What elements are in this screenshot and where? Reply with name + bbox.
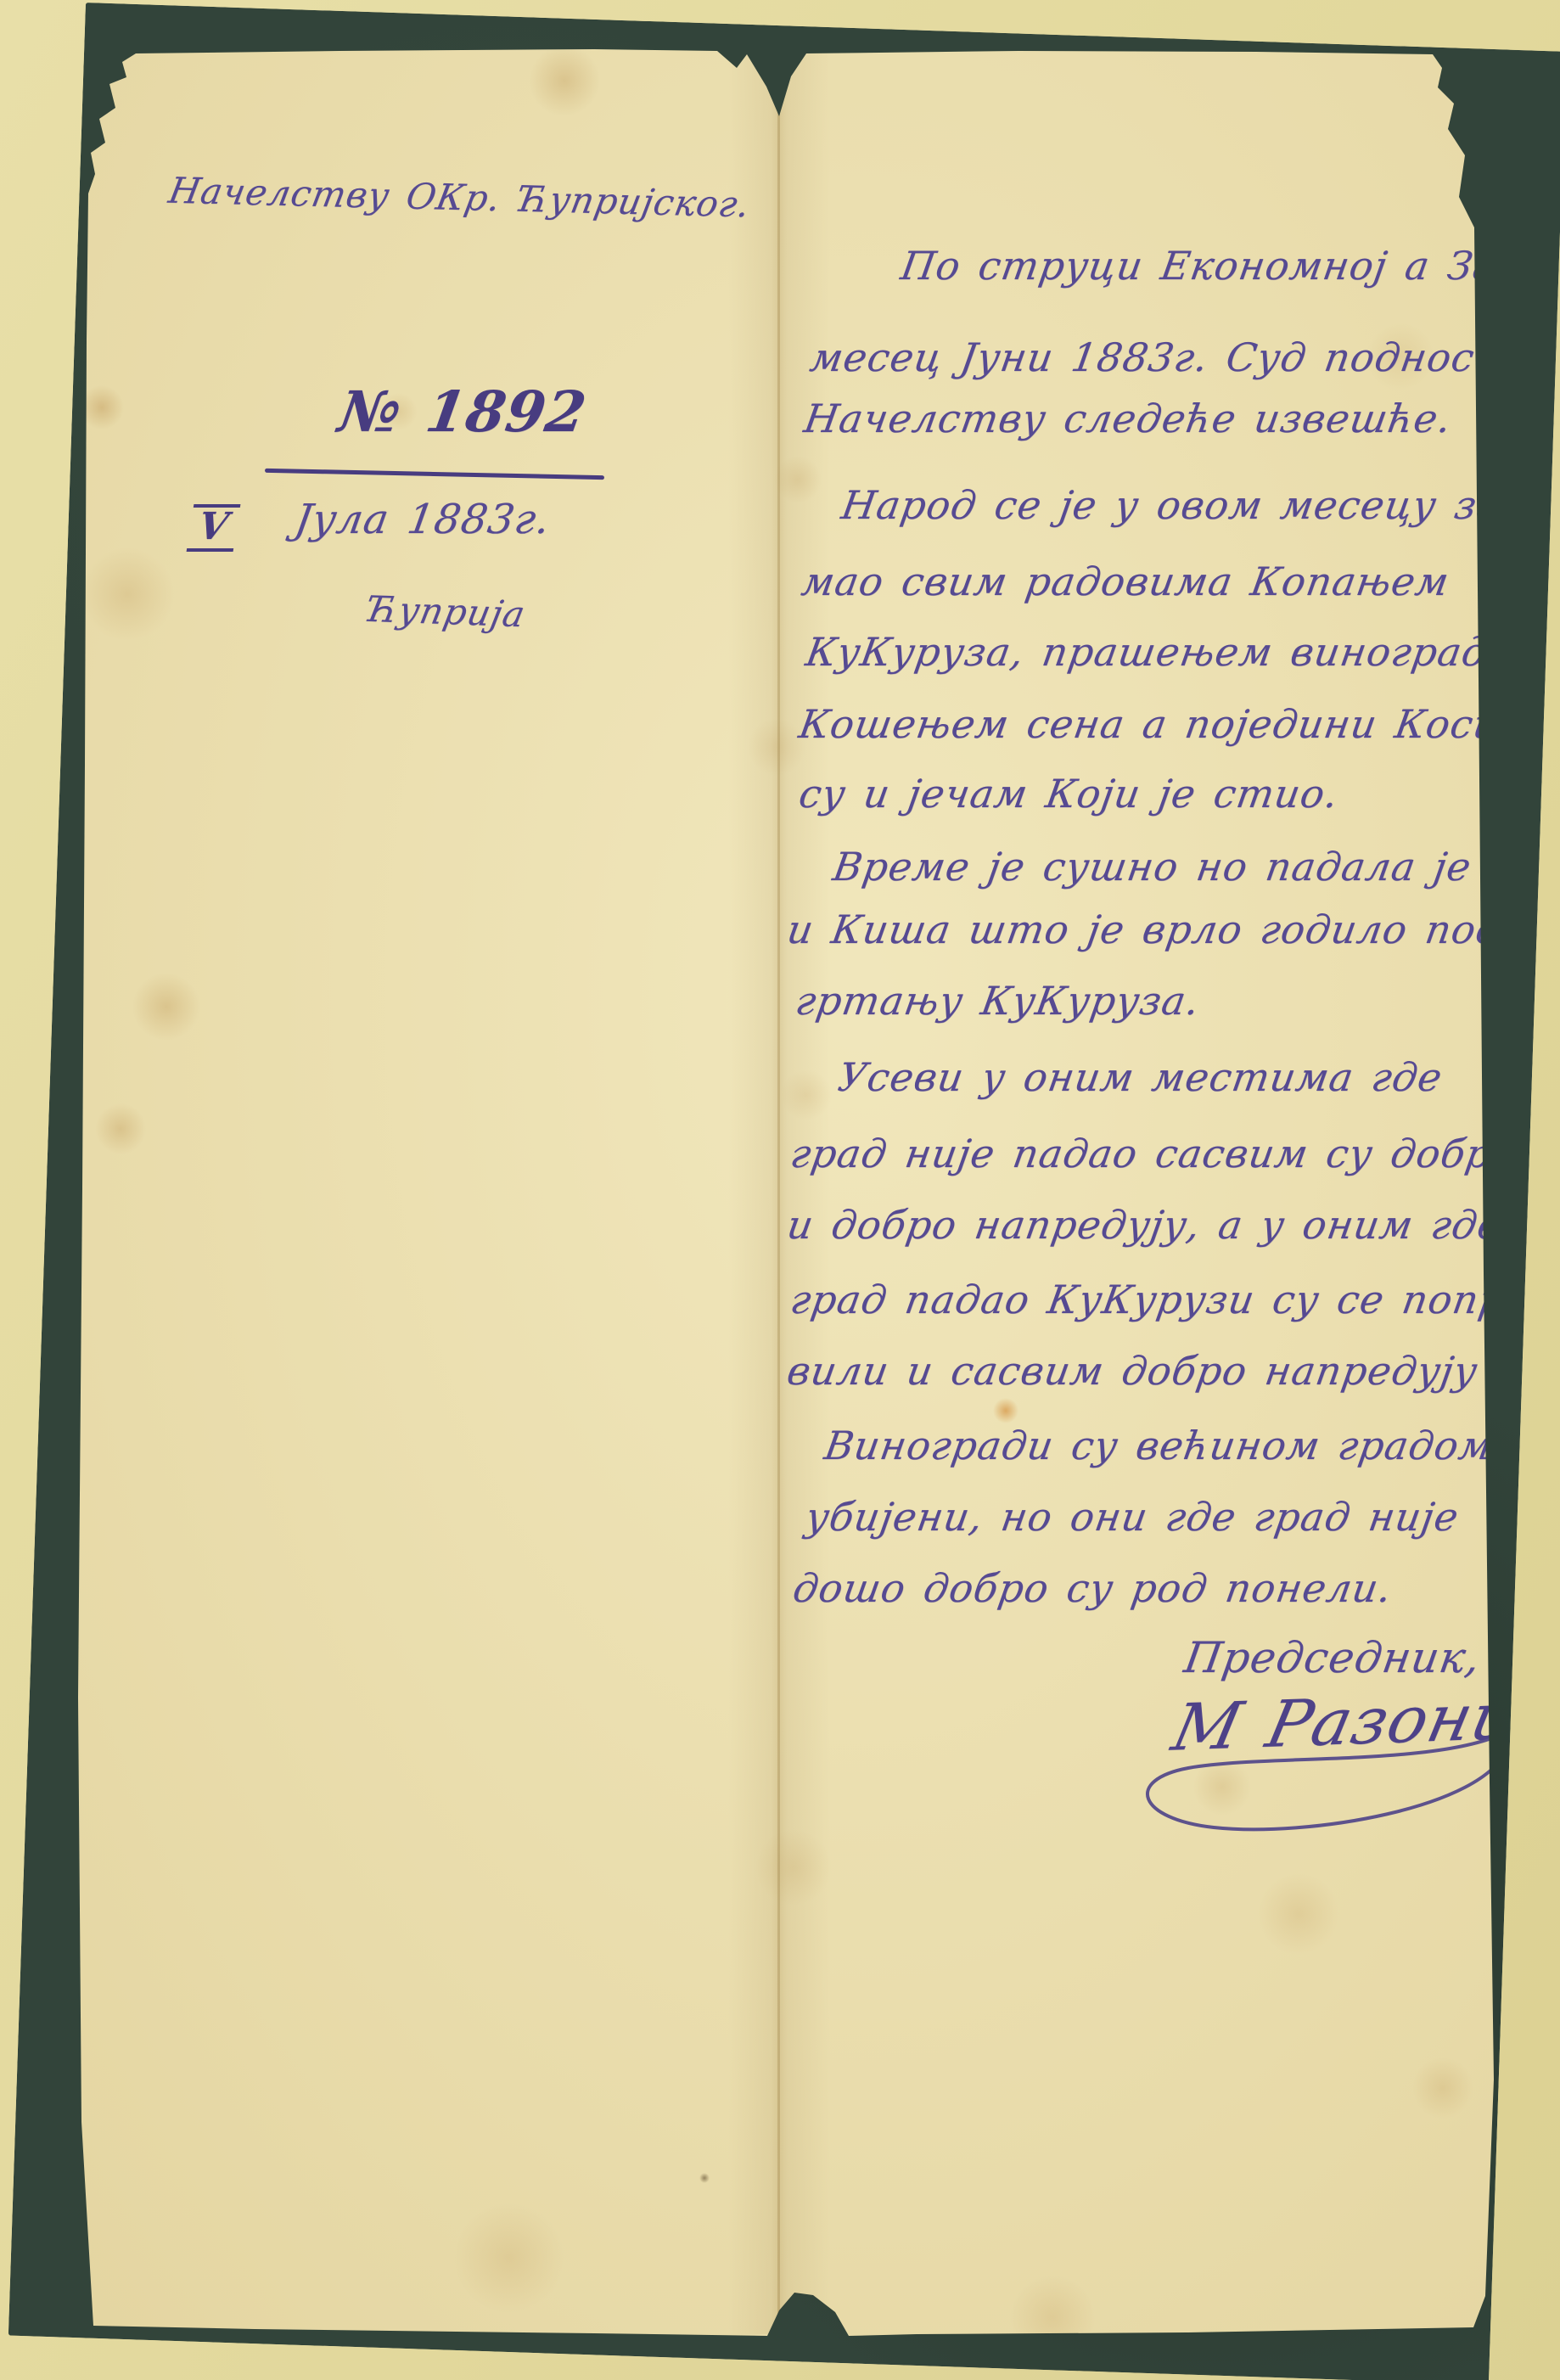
body-line: Усеви у оним местима где bbox=[835, 1058, 1445, 1097]
body-line: град није падао сасвим су добри bbox=[788, 1134, 1520, 1173]
body-line: су и јечам Који је стио. bbox=[796, 774, 1341, 813]
addressee-line: Начелству ОКр. Ћупријског. bbox=[166, 173, 754, 223]
body-line: Време је сушно но падала је bbox=[830, 847, 1474, 886]
number-underline bbox=[265, 469, 604, 480]
closing-line: Председник, bbox=[1181, 1636, 1484, 1679]
body-line: Виногради су већином градом bbox=[822, 1426, 1495, 1465]
body-line: дошо добро су род понели. bbox=[790, 1569, 1394, 1608]
body-line: Народ се је у овом месецу зани- bbox=[839, 486, 1560, 525]
signature-flourish bbox=[1120, 1727, 1519, 1872]
body-line: КуКуруза, прашењем винограда, bbox=[803, 632, 1528, 671]
roman-numeral: Ⅴ bbox=[187, 504, 241, 552]
body-line: и Киша што је врло годило под- bbox=[784, 910, 1518, 949]
body-line: По струци Економној а За bbox=[898, 246, 1500, 285]
body-line: убијени, но они где град није bbox=[803, 1497, 1462, 1536]
center-fold-line bbox=[777, 53, 780, 2332]
body-line: и добро напредују, а у оним где је bbox=[784, 1205, 1560, 1244]
scan-background: Начелству ОКр. Ћупријског. № 1892 Ⅴ Јула… bbox=[0, 0, 1560, 2380]
body-line: вили и сасвим добро напредују bbox=[784, 1351, 1480, 1390]
body-line: месец Јуни 1883г. Суд подноси bbox=[807, 338, 1503, 377]
date-line: Јула 1883г. bbox=[292, 499, 553, 540]
body-line: гртању КуКуруза. bbox=[793, 981, 1203, 1020]
document-number: № 1892 bbox=[335, 384, 591, 440]
body-line: мао свим радовима Копањем bbox=[799, 562, 1451, 601]
body-line: град падао КуКурузи су се поправ- bbox=[788, 1280, 1560, 1319]
body-line: Кошењем сена а поједини Косили bbox=[796, 704, 1554, 744]
body-line: Начелству следеће извешће. bbox=[801, 399, 1454, 438]
place-line: Ћуприја bbox=[364, 592, 529, 633]
document-sheet: Начелству ОКр. Ћупријског. № 1892 Ⅴ Јула… bbox=[0, 0, 1560, 2380]
